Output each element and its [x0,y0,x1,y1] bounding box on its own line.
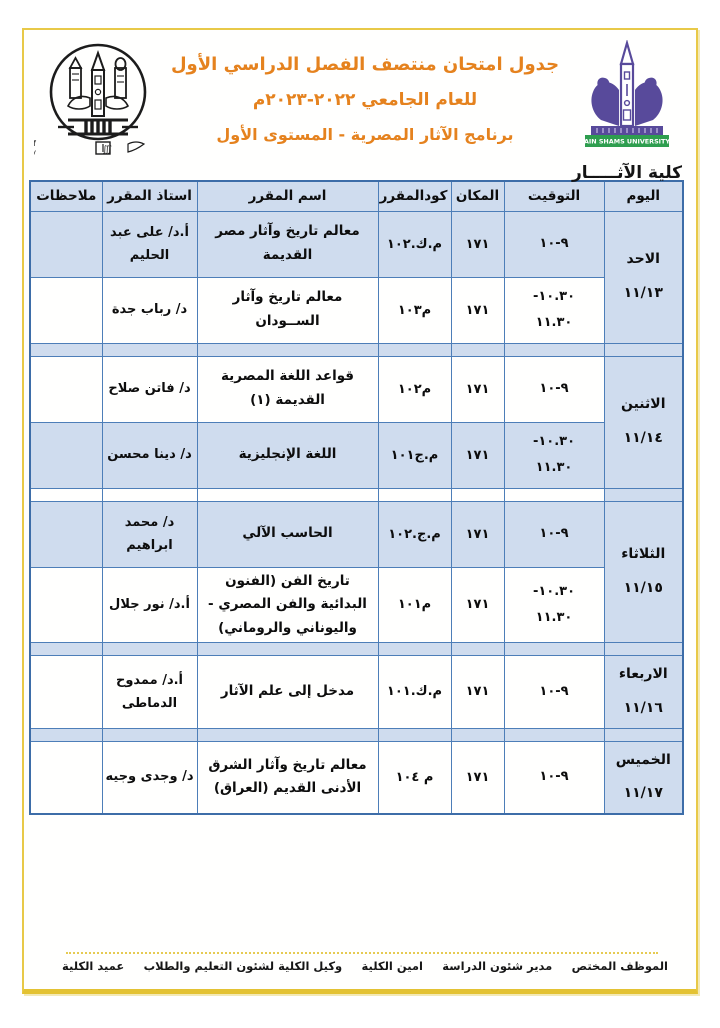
notes-cell [30,211,102,277]
notes-cell [30,422,102,488]
day-date: ١١/١٧ [608,777,680,811]
course-name-cell: معالم تاريخ وآثار مصر القديمة [197,211,378,277]
table-row: الاثنين١١/١٤٩-١٠١٧١م١٠٢قواعد اللغة المصر… [30,356,683,422]
spacer-cell [504,343,604,356]
spacer-cell [102,343,197,356]
day-name: الثلاثاء [608,538,680,572]
professor-cell: أ.د/ ممدوح الدماطى [102,656,197,728]
spacer-cell [378,343,451,356]
day-name: الاحد [608,243,680,277]
course-name-cell: قواعد اللغة المصرية القديمة (١) [197,356,378,422]
spacer-row [30,728,683,741]
spacer-cell [197,643,378,656]
faculty-caption-line2: Archaeology [34,148,36,157]
signatures-footer: الموظف المختص مدير شئون الدراسة امين الك… [24,952,696,973]
table-row: الخميس١١/١٧٩-١٠١٧١م ١٠٤معالم تاريخ وآثار… [30,741,683,814]
spacer-cell [378,488,451,501]
place-cell: ١٧١ [451,656,504,728]
day-cell: الاثنين١١/١٤ [604,356,683,488]
university-banner-text: AIN SHAMS UNIVERSITY [584,138,670,146]
spacer-cell [197,488,378,501]
day-name: الاثنين [608,388,680,422]
table-row: الثلاثاء١١/١٥٩-١٠١٧١م.ج.١٠٢الحاسب الآليد… [30,501,683,567]
professor-cell: أ.د/ نور جلال [102,567,197,643]
page-title: جدول امتحان منتصف الفصل الدراسي الأول [164,54,566,75]
spacer-row [30,343,683,356]
column-header-5: استاذ المقرر [102,181,197,211]
signature-specialist-officer: الموظف المختص [572,959,668,973]
spacer-cell [451,488,504,501]
course-name-cell: تاريخ الفن (الفنون البدائية والفن المصري… [197,567,378,643]
notes-cell [30,741,102,814]
notes-cell [30,656,102,728]
column-header-6: ملاحظات [30,181,102,211]
time-cell: ١٠.٣٠-١١.٣٠ [504,422,604,488]
signature-study-affairs-director: مدير شئون الدراسة [442,959,552,973]
notes-cell [30,356,102,422]
course-code-cell: م١٠٢ [378,356,451,422]
page-header: AIN SHAMS UNIVERSITY كلية الآثـــــار جد… [24,30,696,178]
time-cell: ٩-١٠ [504,741,604,814]
time-cell: ٩-١٠ [504,211,604,277]
spacer-row [30,488,683,501]
course-name-cell: اللغة الإنجليزية [197,422,378,488]
course-code-cell: م.ك.١٠١ [378,656,451,728]
day-cell: الخميس١١/١٧ [604,741,683,814]
column-header-2: المكان [451,181,504,211]
schedule-table-body: الاحد١١/١٣٩-١٠١٧١م.ك.١٠٢معالم تاريخ وآثا… [30,211,683,814]
place-cell: ١٧١ [451,567,504,643]
time-cell: ١٠.٣٠-١١.٣٠ [504,567,604,643]
table-row: ١٠.٣٠-١١.٣٠١٧١م١٠١تاريخ الفن (الفنون الب… [30,567,683,643]
course-name-cell: معالم تاريخ وآثار الشرق الأدنى القديم (ا… [197,741,378,814]
table-row: ١٠.٣٠-١١.٣٠١٧١م.ج١٠١اللغة الإنجليزيةد/ د… [30,422,683,488]
column-header-4: اسم المقرر [197,181,378,211]
notes-cell [30,501,102,567]
faculty-logo-block: Faculty of Archaeology ∭ [32,40,164,166]
signature-faculty-secretary: امين الكلية [362,959,423,973]
academic-year-subtitle: للعام الجامعي ٢٠٢٢-٢٠٢٣م [164,90,566,110]
page-frame: AIN SHAMS UNIVERSITY كلية الآثـــــار جد… [22,28,698,994]
column-header-3: كودالمقرر [378,181,451,211]
faculty-of-archaeology-logo-icon: Faculty of Archaeology ∭ [34,147,162,166]
spacer-cell [102,643,197,656]
course-name-cell: معالم تاريخ وآثار الســودان [197,277,378,343]
course-code-cell: م ١٠٤ [378,741,451,814]
spacer-day-cell [604,343,683,356]
table-row: الاربعاء١١/١٦٩-١٠١٧١م.ك.١٠١مدخل إلى علم … [30,656,683,728]
professor-cell: د/ دينا محسن [102,422,197,488]
university-logo-block: AIN SHAMS UNIVERSITY كلية الآثـــــار [566,40,688,183]
spacer-cell [197,343,378,356]
course-code-cell: م١٠٣ [378,277,451,343]
table-row: ١٠.٣٠-١١.٣٠١٧١م١٠٣معالم تاريخ وآثار السـ… [30,277,683,343]
spacer-cell [451,343,504,356]
day-date: ١١/١٥ [608,572,680,606]
day-name: الاربعاء [608,658,680,692]
notes-cell [30,567,102,643]
signature-vice-dean-education: وكيل الكلية لشئون التعليم والطلاب [144,959,343,973]
notes-cell [30,277,102,343]
spacer-cell [378,643,451,656]
title-block: جدول امتحان منتصف الفصل الدراسي الأول لل… [164,40,566,144]
spacer-cell [30,728,102,741]
spacer-cell [451,728,504,741]
course-name-cell: الحاسب الآلي [197,501,378,567]
time-cell: ٩-١٠ [504,656,604,728]
spacer-cell [102,488,197,501]
spacer-cell [30,643,102,656]
place-cell: ١٧١ [451,422,504,488]
day-cell: الاربعاء١١/١٦ [604,656,683,728]
day-date: ١١/١٤ [608,422,680,456]
hieroglyph-cartouche-icon: ∭ [96,142,144,155]
time-cell: ١٠.٣٠-١١.٣٠ [504,277,604,343]
place-cell: ١٧١ [451,501,504,567]
spacer-cell [504,643,604,656]
spacer-day-cell [604,728,683,741]
svg-text:∭: ∭ [102,145,112,155]
course-name-cell: مدخل إلى علم الآثار [197,656,378,728]
professor-cell: أ.د/ على عبد الحليم [102,211,197,277]
column-header-0: اليوم [604,181,683,211]
spacer-row [30,643,683,656]
time-cell: ٩-١٠ [504,356,604,422]
day-cell: الاحد١١/١٣ [604,211,683,343]
spacer-cell [378,728,451,741]
spacer-day-cell [604,488,683,501]
professor-cell: د/ وجدى وجيه [102,741,197,814]
course-code-cell: م.ك.١٠٢ [378,211,451,277]
spacer-cell [30,488,102,501]
exam-schedule-table: اليومالتوقيتالمكانكودالمقرراسم المقرراست… [29,180,684,815]
spacer-cell [30,343,102,356]
course-code-cell: م.ج١٠١ [378,422,451,488]
spacer-cell [504,728,604,741]
table-row: الاحد١١/١٣٩-١٠١٧١م.ك.١٠٢معالم تاريخ وآثا… [30,211,683,277]
place-cell: ١٧١ [451,211,504,277]
spacer-cell [102,728,197,741]
faculty-caption-line1: Faculty of [34,139,36,148]
column-header-1: التوقيت [504,181,604,211]
signature-dean: عميد الكلية [62,959,124,973]
day-cell: الثلاثاء١١/١٥ [604,501,683,643]
faculty-name-arabic: كلية الآثـــــار [566,163,688,183]
time-cell: ٩-١٠ [504,501,604,567]
course-code-cell: م.ج.١٠٢ [378,501,451,567]
place-cell: ١٧١ [451,741,504,814]
professor-cell: د/ محمد ابراهيم [102,501,197,567]
program-level-subtitle: برنامج الآثار المصرية - المستوى الأول [164,125,566,144]
professor-cell: د/ رباب جدة [102,277,197,343]
professor-cell: د/ فاتن صلاح [102,356,197,422]
course-code-cell: م١٠١ [378,567,451,643]
place-cell: ١٧١ [451,277,504,343]
spacer-cell [197,728,378,741]
spacer-cell [451,643,504,656]
spacer-cell [504,488,604,501]
day-name: الخميس [608,744,680,778]
place-cell: ١٧١ [451,356,504,422]
spacer-day-cell [604,643,683,656]
day-date: ١١/١٣ [608,277,680,311]
table-header-row: اليومالتوقيتالمكانكودالمقرراسم المقرراست… [30,181,683,211]
ain-shams-university-logo-icon: AIN SHAMS UNIVERSITY [575,143,679,162]
day-date: ١١/١٦ [608,692,680,726]
